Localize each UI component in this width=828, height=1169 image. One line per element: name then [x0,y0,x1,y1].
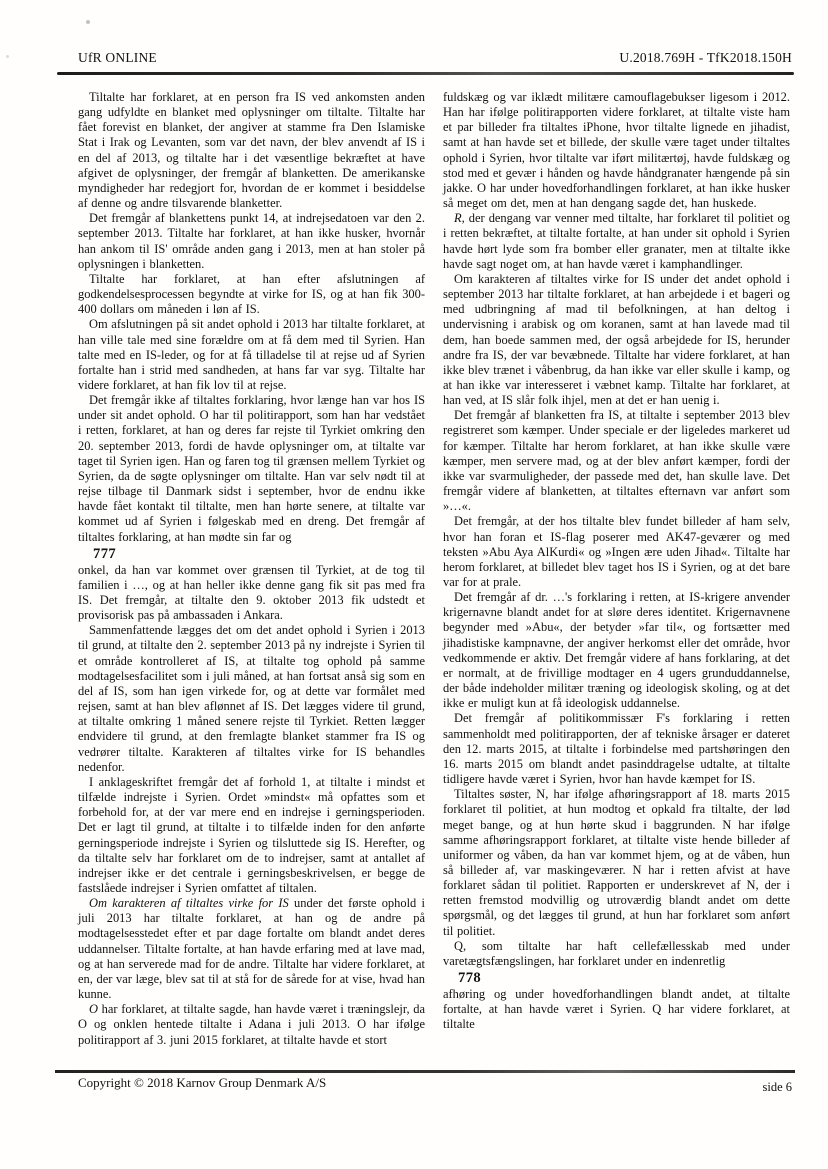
paragraph: Q, som tiltalte har haft cellefællesskab… [443,939,790,969]
page-number-marker-778: 778 [443,969,790,987]
paragraph-text: Det fremgår af dr. …'s forklaring i rett… [443,590,790,710]
left-column: Tiltalte har forklaret, at en person fra… [78,90,425,1048]
paragraph-text: under det første ophold i juli 2013 har … [78,896,425,1001]
scan-speck [86,20,90,24]
right-column: fuldskæg og var iklædt militære camoufla… [443,90,790,1048]
paragraph-text: Tiltalte har forklaret, at han efter afs… [78,272,425,316]
header-citation: U.2018.769H - TfK2018.150H [619,50,792,66]
paragraph-text: har forklaret, at tiltalte sagde, han ha… [78,1002,425,1046]
paragraph-lead: O [89,1002,98,1016]
paragraph: Det fremgår af blanketten fra IS, at til… [443,408,790,514]
paragraph-text: Sammenfattende lægges det om det andet o… [78,623,425,773]
paragraph: Om afslutningen på sit andet ophold i 20… [78,317,425,393]
page-header: UfR ONLINE U.2018.769H - TfK2018.150H [78,50,792,66]
paragraph-text: Om afslutningen på sit andet ophold i 20… [78,317,425,392]
paragraph-text: fuldskæg og var iklædt militære camoufla… [443,90,790,210]
paragraph-text: afhøring og under hovedforhandlingen bla… [443,987,790,1031]
paragraph-text: onkel, da han var kommet over grænsen ti… [78,563,425,622]
paragraph: R, der dengang var venner med tiltalte, … [443,211,790,272]
header-source-label: UfR ONLINE [78,50,157,66]
page-footer: Copyright © 2018 Karnov Group Denmark A/… [78,1075,792,1095]
paragraph-text: Det fremgår af blankettens punkt 14, at … [78,211,425,270]
paragraph-text: Tiltaltes søster, N, har ifølge afhøring… [443,787,790,937]
paragraph: Det fremgår af blankettens punkt 14, at … [78,211,425,272]
paragraph: Tiltalte har forklaret, at han efter afs… [78,272,425,317]
footer-rule [55,1070,795,1073]
paragraph: onkel, da han var kommet over grænsen ti… [78,563,425,624]
paragraph: Om karakteren af tiltaltes virke for IS … [78,896,425,1002]
paragraph: Tiltalte har forklaret, at en person fra… [78,90,425,211]
paragraph: Det fremgår ikke af tiltaltes forklaring… [78,393,425,545]
document-page: UfR ONLINE U.2018.769H - TfK2018.150H Ti… [0,0,828,1169]
paragraph-lead: Om karakteren af tiltaltes virke for IS [89,896,289,910]
paragraph-text: I anklageskriftet fremgår det af forhold… [78,775,425,895]
paragraph: Det fremgår af politikommissær F's forkl… [443,711,790,787]
scan-speck [6,55,9,58]
paragraph-text: , der dengang var venner med tiltalte, h… [443,211,790,270]
paragraph-text: Det fremgår af blanketten fra IS, at til… [443,408,790,513]
paragraph: I anklageskriftet fremgår det af forhold… [78,775,425,896]
page-number-marker-777: 777 [78,545,425,563]
paragraph: afhøring og under hovedforhandlingen bla… [443,987,790,1032]
paragraph-text: Det fremgår ikke af tiltaltes forklaring… [78,393,425,543]
header-rule [57,72,794,75]
paragraph-text: Tiltalte har forklaret, at en person fra… [78,90,425,210]
paragraph-text: Om karakteren af tiltaltes virke for IS … [443,272,790,407]
paragraph-lead: R [454,211,462,225]
text-columns: Tiltalte har forklaret, at en person fra… [78,90,790,1048]
paragraph: Sammenfattende lægges det om det andet o… [78,623,425,775]
page-number-label: side 6 [762,1080,792,1095]
paragraph-text: Q, som tiltalte har haft cellefællesskab… [443,939,790,968]
paragraph-text: Det fremgår af politikommissær F's forkl… [443,711,790,786]
paragraph: Om karakteren af tiltaltes virke for IS … [443,272,790,408]
paragraph: Det fremgår af dr. …'s forklaring i rett… [443,590,790,711]
paragraph: O har forklaret, at tiltalte sagde, han … [78,1002,425,1047]
paragraph: Det fremgår, at der hos tiltalte blev fu… [443,514,790,590]
copyright-notice: Copyright © 2018 Karnov Group Denmark A/… [78,1075,326,1091]
paragraph: fuldskæg og var iklædt militære camoufla… [443,90,790,211]
paragraph-text: Det fremgår, at der hos tiltalte blev fu… [443,514,790,589]
paragraph: Tiltaltes søster, N, har ifølge afhøring… [443,787,790,939]
